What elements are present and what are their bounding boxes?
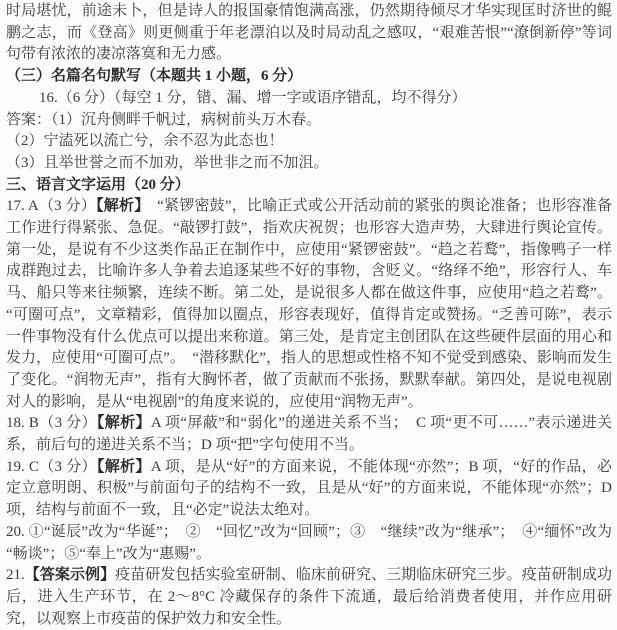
q16-scoring-note: 16.（6 分）（每空 1 分，错、漏、增一字或语序错乱，均不得分） [6, 88, 612, 110]
paragraph-poem-analysis-carryover: 时局堪忧，前途未卜，但是诗人的报国豪情饱满高涨，仍然期待倾尽才华实现匡时济世的鲲… [6, 1, 612, 66]
exam-answer-sheet-page: 时局堪忧，前途未卜，但是诗人的报国豪情饱满高涨，仍然期待倾尽才华实现匡时济世的鲲… [0, 0, 617, 630]
q16-answer-2: （2）宁溘死以流亡兮，余不忍为此态也！ [6, 131, 612, 153]
q17-analysis-text: “紧锣密鼓”，比喻正式或公开活动前的紧张的舆论准备；也形容准备工作进行得紧张、急… [6, 198, 612, 409]
q18-answer-paragraph: 18. B（3 分）【解析】A 项“屏蔽”和“弱化”的递进关系不当； C 项“更… [6, 413, 612, 456]
section-heading-famous-passage-dictation: （三）名篇名句默写（本题共 1 小题，6 分） [6, 66, 612, 88]
q21-answer-paragraph: 21.【答案示例】疫苗研发包括实验室研制、临床前研究、三期临床研究三步。疫苗研制… [6, 565, 612, 630]
q16-answer-1: 答案：（1）沉舟侧畔千帆过，病树前头万木春。 [6, 110, 612, 132]
q19-analysis-label: 【解析】 [97, 459, 151, 475]
q21-sample-answer-label: 【答案示例】 [25, 567, 115, 583]
q21-answer-prefix: 21. [6, 567, 25, 583]
q17-answer-prefix: 17. A（3 分） [6, 198, 96, 214]
q16-answer-3: （3）且举世誉之而不加劝，举世非之而不加沮。 [6, 153, 612, 175]
q20-answer-paragraph: 20. ①“诞辰”改为“华诞”； ② “回忆”改为“回顾”；③ “继续”改为“继… [6, 522, 612, 565]
q18-answer-prefix: 18. B（3 分） [6, 415, 97, 431]
section-heading-language-use: 三、语言文字运用（20 分） [6, 175, 612, 197]
q19-answer-prefix: 19. C（3 分） [6, 459, 97, 475]
q18-analysis-label: 【解析】 [97, 415, 151, 431]
q17-analysis-label: 【解析】 [96, 198, 142, 214]
q19-answer-paragraph: 19. C（3 分）【解析】A 项，是从“好”的方面来说，不能体现“亦然”；B … [6, 457, 612, 522]
q17-answer-paragraph: 17. A（3 分）【解析】 “紧锣密鼓”，比喻正式或公开活动前的紧张的舆论准备… [6, 196, 612, 413]
